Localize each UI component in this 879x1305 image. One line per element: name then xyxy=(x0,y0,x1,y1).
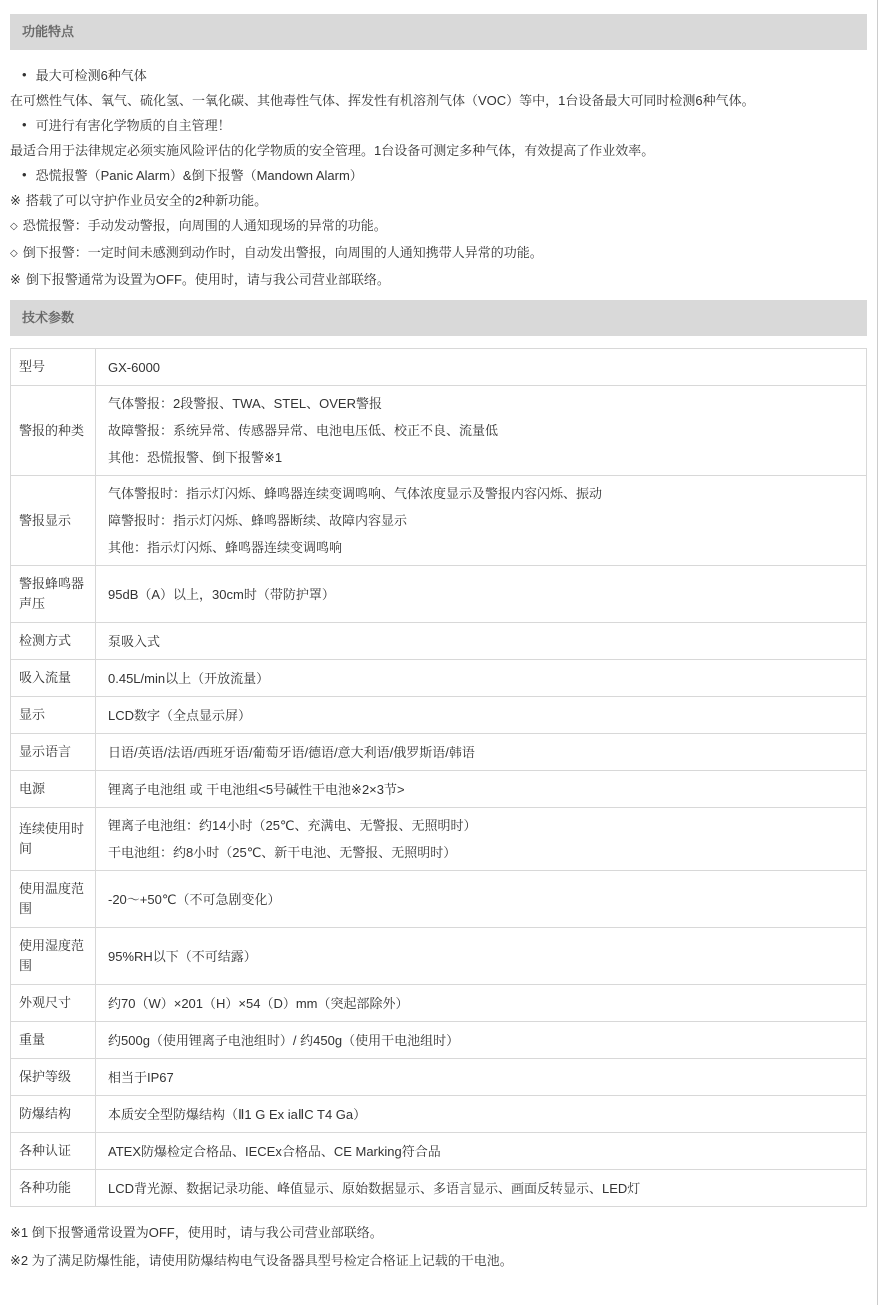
feature-line: 最适合用于法律规定必须实施风险评估的化学物质的安全管理。1台设备可测定多种气体，… xyxy=(10,138,867,163)
spec-row: 重量约500g（使用锂离子电池组时）/ 约450g（使用干电池组时） xyxy=(11,1022,867,1059)
note-asterisk-icon: ※ xyxy=(10,188,21,213)
spec-value-line: 泵吸入式 xyxy=(108,628,854,655)
feature-line-text: 最适合用于法律规定必须实施风险评估的化学物质的安全管理。1台设备可测定多种气体，… xyxy=(10,143,654,158)
spec-label: 警报蜂鸣器声压 xyxy=(11,566,96,623)
feature-line-text: 可进行有害化学物质的自主管理！ xyxy=(36,118,231,133)
feature-line-text: 最大可检测6种气体 xyxy=(36,68,147,83)
spec-value-line: 故障警报：系统异常、传感器异常、电池电压低、校正不良、流量低 xyxy=(108,417,854,444)
features-section: 功能特点 •最大可检测6种气体在可燃性气体、氧气、硫化氢、一氧化碳、其他毒性气体… xyxy=(10,14,867,300)
diamond-icon: ◇ xyxy=(10,241,18,266)
feature-line: 在可燃性气体、氧气、硫化氢、一氧化碳、其他毒性气体、挥发性有机溶剂气体（VOC）… xyxy=(10,88,867,113)
spec-row: 各种功能LCD背光源、数据记录功能、峰值显示、原始数据显示、多语言显示、画面反转… xyxy=(11,1170,867,1207)
spec-value-line: 干电池组：约8小时（25℃、新干电池、无警报、无照明时） xyxy=(108,839,854,866)
spec-row: 保护等级相当于IP67 xyxy=(11,1059,867,1096)
spec-value: 本质安全型防爆结构（Ⅱ1 G Ex iaⅡC T4 Ga） xyxy=(96,1096,867,1133)
spec-value-line: LCD数字（全点显示屏） xyxy=(108,702,854,729)
spec-value-line: 锂离子电池组 或 干电池组<5号碱性干电池※2×3节> xyxy=(108,776,854,803)
spec-row: 电源锂离子电池组 或 干电池组<5号碱性干电池※2×3节> xyxy=(11,771,867,808)
spec-value-line: 其他：恐慌报警、倒下报警※1 xyxy=(108,444,854,471)
diamond-icon: ◇ xyxy=(10,214,18,239)
spec-label: 显示语言 xyxy=(11,734,96,771)
spec-value-line: 相当于IP67 xyxy=(108,1064,854,1091)
spec-label: 重量 xyxy=(11,1022,96,1059)
spec-row: 外观尺寸约70（W）×201（H）×54（D）mm（突起部除外） xyxy=(11,985,867,1022)
spec-value: ATEX防爆检定合格品、IECEx合格品、CE Marking符合品 xyxy=(96,1133,867,1170)
spec-row: 各种认证ATEX防爆检定合格品、IECEx合格品、CE Marking符合品 xyxy=(11,1133,867,1170)
spec-row: 连续使用时间锂离子电池组：约14小时（25℃、充满电、无警报、无照明时）干电池组… xyxy=(11,808,867,871)
feature-line-text: 恐慌报警：手动发动警报，向周围的人通知现场的异常的功能。 xyxy=(23,218,387,233)
spec-value-line: 95%RH以下（不可结露） xyxy=(108,943,854,970)
feature-line: ※倒下报警通常为设置为OFF。使用时，请与我公司营业部联络。 xyxy=(10,267,867,292)
features-section-title: 功能特点 xyxy=(22,24,74,39)
spec-label: 连续使用时间 xyxy=(11,808,96,871)
spec-value-line: -20～+50℃（不可急剧变化） xyxy=(108,886,854,913)
spec-value: 约500g（使用锂离子电池组时）/ 约450g（使用干电池组时） xyxy=(96,1022,867,1059)
spec-value-line: 气体警报：2段警报、TWA、STEL、OVER警报 xyxy=(108,390,854,417)
specs-section-header: 技术参数 xyxy=(10,300,867,336)
spec-value: 日语/英语/法语/西班牙语/葡萄牙语/德语/意大利语/俄罗斯语/韩语 xyxy=(96,734,867,771)
spec-label: 各种功能 xyxy=(11,1170,96,1207)
spec-row: 警报显示气体警报时：指示灯闪烁、蜂鸣器连续变调鸣响、气体浓度显示及警报内容闪烁、… xyxy=(11,476,867,566)
footnote-line: ※2 为了满足防爆性能，请使用防爆结构电气设备器具型号检定合格证上记载的干电池。 xyxy=(10,1247,867,1275)
spec-value-line: 锂离子电池组：约14小时（25℃、充满电、无警报、无照明时） xyxy=(108,812,854,839)
product-spec-page: 功能特点 •最大可检测6种气体在可燃性气体、氧气、硫化氢、一氧化碳、其他毒性气体… xyxy=(0,0,878,1305)
spec-label: 电源 xyxy=(11,771,96,808)
spec-label: 防爆结构 xyxy=(11,1096,96,1133)
note-asterisk-icon: ※ xyxy=(10,267,21,292)
spec-row: 吸入流量0.45L/min以上（开放流量） xyxy=(11,660,867,697)
spec-label: 吸入流量 xyxy=(11,660,96,697)
spec-value-line: GX-6000 xyxy=(108,354,854,381)
spec-row: 警报蜂鸣器声压95dB（A）以上，30cm时（带防护罩） xyxy=(11,566,867,623)
specs-section-title: 技术参数 xyxy=(22,310,74,325)
spec-row: 型号GX-6000 xyxy=(11,349,867,386)
bullet-icon: • xyxy=(22,62,27,87)
feature-line: ◇倒下报警：一定时间未感测到动作时，自动发出警报，向周围的人通知携带人异常的功能… xyxy=(10,240,867,267)
spec-row: 警报的种类气体警报：2段警报、TWA、STEL、OVER警报故障警报：系统异常、… xyxy=(11,386,867,476)
spec-value: LCD背光源、数据记录功能、峰值显示、原始数据显示、多语言显示、画面反转显示、L… xyxy=(96,1170,867,1207)
feature-line-text: 恐慌报警（Panic Alarm）&倒下报警（Mandown Alarm） xyxy=(36,168,363,183)
feature-line-text: 倒下报警：一定时间未感测到动作时，自动发出警报，向周围的人通知携带人异常的功能。 xyxy=(23,245,543,260)
feature-line: ◇恐慌报警：手动发动警报，向周围的人通知现场的异常的功能。 xyxy=(10,213,867,240)
spec-value: 泵吸入式 xyxy=(96,623,867,660)
spec-value-line: 障警报时：指示灯闪烁、蜂鸣器断续、故障内容显示 xyxy=(108,507,854,534)
spec-label: 显示 xyxy=(11,697,96,734)
spec-value-line: 0.45L/min以上（开放流量） xyxy=(108,665,854,692)
spec-label: 保护等级 xyxy=(11,1059,96,1096)
spec-value: LCD数字（全点显示屏） xyxy=(96,697,867,734)
spec-value: 锂离子电池组：约14小时（25℃、充满电、无警报、无照明时）干电池组：约8小时（… xyxy=(96,808,867,871)
spec-value: 约70（W）×201（H）×54（D）mm（突起部除外） xyxy=(96,985,867,1022)
feature-line-text: 在可燃性气体、氧气、硫化氢、一氧化碳、其他毒性气体、挥发性有机溶剂气体（VOC）… xyxy=(10,93,755,108)
spec-value-line: 本质安全型防爆结构（Ⅱ1 G Ex iaⅡC T4 Ga） xyxy=(108,1101,854,1128)
features-section-header: 功能特点 xyxy=(10,14,867,50)
spec-value: 气体警报时：指示灯闪烁、蜂鸣器连续变调鸣响、气体浓度显示及警报内容闪烁、振动障警… xyxy=(96,476,867,566)
spec-value-line: ATEX防爆检定合格品、IECEx合格品、CE Marking符合品 xyxy=(108,1138,854,1165)
footnote-line: ※1 倒下报警通常设置为OFF，使用时，请与我公司营业部联络。 xyxy=(10,1219,867,1247)
spec-row: 显示语言日语/英语/法语/西班牙语/葡萄牙语/德语/意大利语/俄罗斯语/韩语 xyxy=(11,734,867,771)
spec-row: 显示LCD数字（全点显示屏） xyxy=(11,697,867,734)
spec-row: 使用湿度范围95%RH以下（不可结露） xyxy=(11,928,867,985)
spec-value: 95%RH以下（不可结露） xyxy=(96,928,867,985)
spec-value-line: 日语/英语/法语/西班牙语/葡萄牙语/德语/意大利语/俄罗斯语/韩语 xyxy=(108,739,854,766)
spec-row: 使用温度范围-20～+50℃（不可急剧变化） xyxy=(11,871,867,928)
footnotes: ※1 倒下报警通常设置为OFF，使用时，请与我公司营业部联络。※2 为了满足防爆… xyxy=(10,1207,867,1275)
specs-table: 型号GX-6000警报的种类气体警报：2段警报、TWA、STEL、OVER警报故… xyxy=(10,348,867,1207)
spec-value: 相当于IP67 xyxy=(96,1059,867,1096)
bullet-icon: • xyxy=(22,162,27,187)
spec-label: 外观尺寸 xyxy=(11,985,96,1022)
spec-value-line: 气体警报时：指示灯闪烁、蜂鸣器连续变调鸣响、气体浓度显示及警报内容闪烁、振动 xyxy=(108,480,854,507)
spec-value-line: 约70（W）×201（H）×54（D）mm（突起部除外） xyxy=(108,990,854,1017)
spec-row: 检测方式泵吸入式 xyxy=(11,623,867,660)
feature-line: •最大可检测6种气体 xyxy=(10,63,867,88)
spec-row: 防爆结构本质安全型防爆结构（Ⅱ1 G Ex iaⅡC T4 Ga） xyxy=(11,1096,867,1133)
bullet-icon: • xyxy=(22,112,27,137)
spec-value-line: 其他：指示灯闪烁、蜂鸣器连续变调鸣响 xyxy=(108,534,854,561)
specs-table-body: 型号GX-6000警报的种类气体警报：2段警报、TWA、STEL、OVER警报故… xyxy=(11,349,867,1207)
spec-label: 各种认证 xyxy=(11,1133,96,1170)
spec-value: 0.45L/min以上（开放流量） xyxy=(96,660,867,697)
spec-label: 使用温度范围 xyxy=(11,871,96,928)
spec-value: 锂离子电池组 或 干电池组<5号碱性干电池※2×3节> xyxy=(96,771,867,808)
feature-line-text: 搭载了可以守护作业员安全的2种新功能。 xyxy=(26,193,267,208)
spec-label: 使用湿度范围 xyxy=(11,928,96,985)
features-list: •最大可检测6种气体在可燃性气体、氧气、硫化氢、一氧化碳、其他毒性气体、挥发性有… xyxy=(10,50,867,300)
feature-line: •恐慌报警（Panic Alarm）&倒下报警（Mandown Alarm） xyxy=(10,163,867,188)
spec-label: 型号 xyxy=(11,349,96,386)
feature-line: •可进行有害化学物质的自主管理！ xyxy=(10,113,867,138)
spec-value: 95dB（A）以上，30cm时（带防护罩） xyxy=(96,566,867,623)
spec-value: 气体警报：2段警报、TWA、STEL、OVER警报故障警报：系统异常、传感器异常… xyxy=(96,386,867,476)
spec-label: 检测方式 xyxy=(11,623,96,660)
spec-value: -20～+50℃（不可急剧变化） xyxy=(96,871,867,928)
spec-label: 警报的种类 xyxy=(11,386,96,476)
spec-value: GX-6000 xyxy=(96,349,867,386)
spec-value-line: 约500g（使用锂离子电池组时）/ 约450g（使用干电池组时） xyxy=(108,1027,854,1054)
specs-section: 技术参数 型号GX-6000警报的种类气体警报：2段警报、TWA、STEL、OV… xyxy=(10,300,867,1207)
spec-value-line: LCD背光源、数据记录功能、峰值显示、原始数据显示、多语言显示、画面反转显示、L… xyxy=(108,1175,854,1202)
feature-line: ※搭载了可以守护作业员安全的2种新功能。 xyxy=(10,188,867,213)
spec-label: 警报显示 xyxy=(11,476,96,566)
feature-line-text: 倒下报警通常为设置为OFF。使用时，请与我公司营业部联络。 xyxy=(26,272,390,287)
spec-value-line: 95dB（A）以上，30cm时（带防护罩） xyxy=(108,581,854,608)
